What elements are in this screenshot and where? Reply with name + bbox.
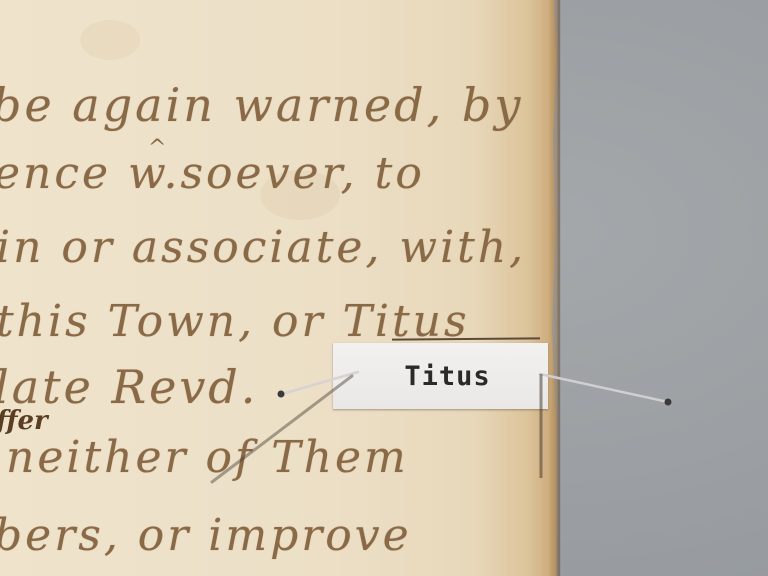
manuscript-line-7: bers, or improve [0, 510, 412, 561]
label-text: Titus [390, 361, 490, 392]
manuscript-line-2: ence w.soever, to [0, 148, 425, 199]
manuscript-line-1: be again warned, by [0, 78, 523, 132]
typed-name-label: Titus [333, 343, 548, 409]
manuscript-line-3: in or associate, with, [0, 222, 526, 273]
photo-scene: be again warned, by ^ ence w.soever, to … [0, 0, 768, 576]
manuscript-page: be again warned, by ^ ence w.soever, to … [0, 0, 556, 576]
manuscript-line-6: neither of Them [6, 432, 409, 483]
paper-stain [80, 20, 140, 60]
